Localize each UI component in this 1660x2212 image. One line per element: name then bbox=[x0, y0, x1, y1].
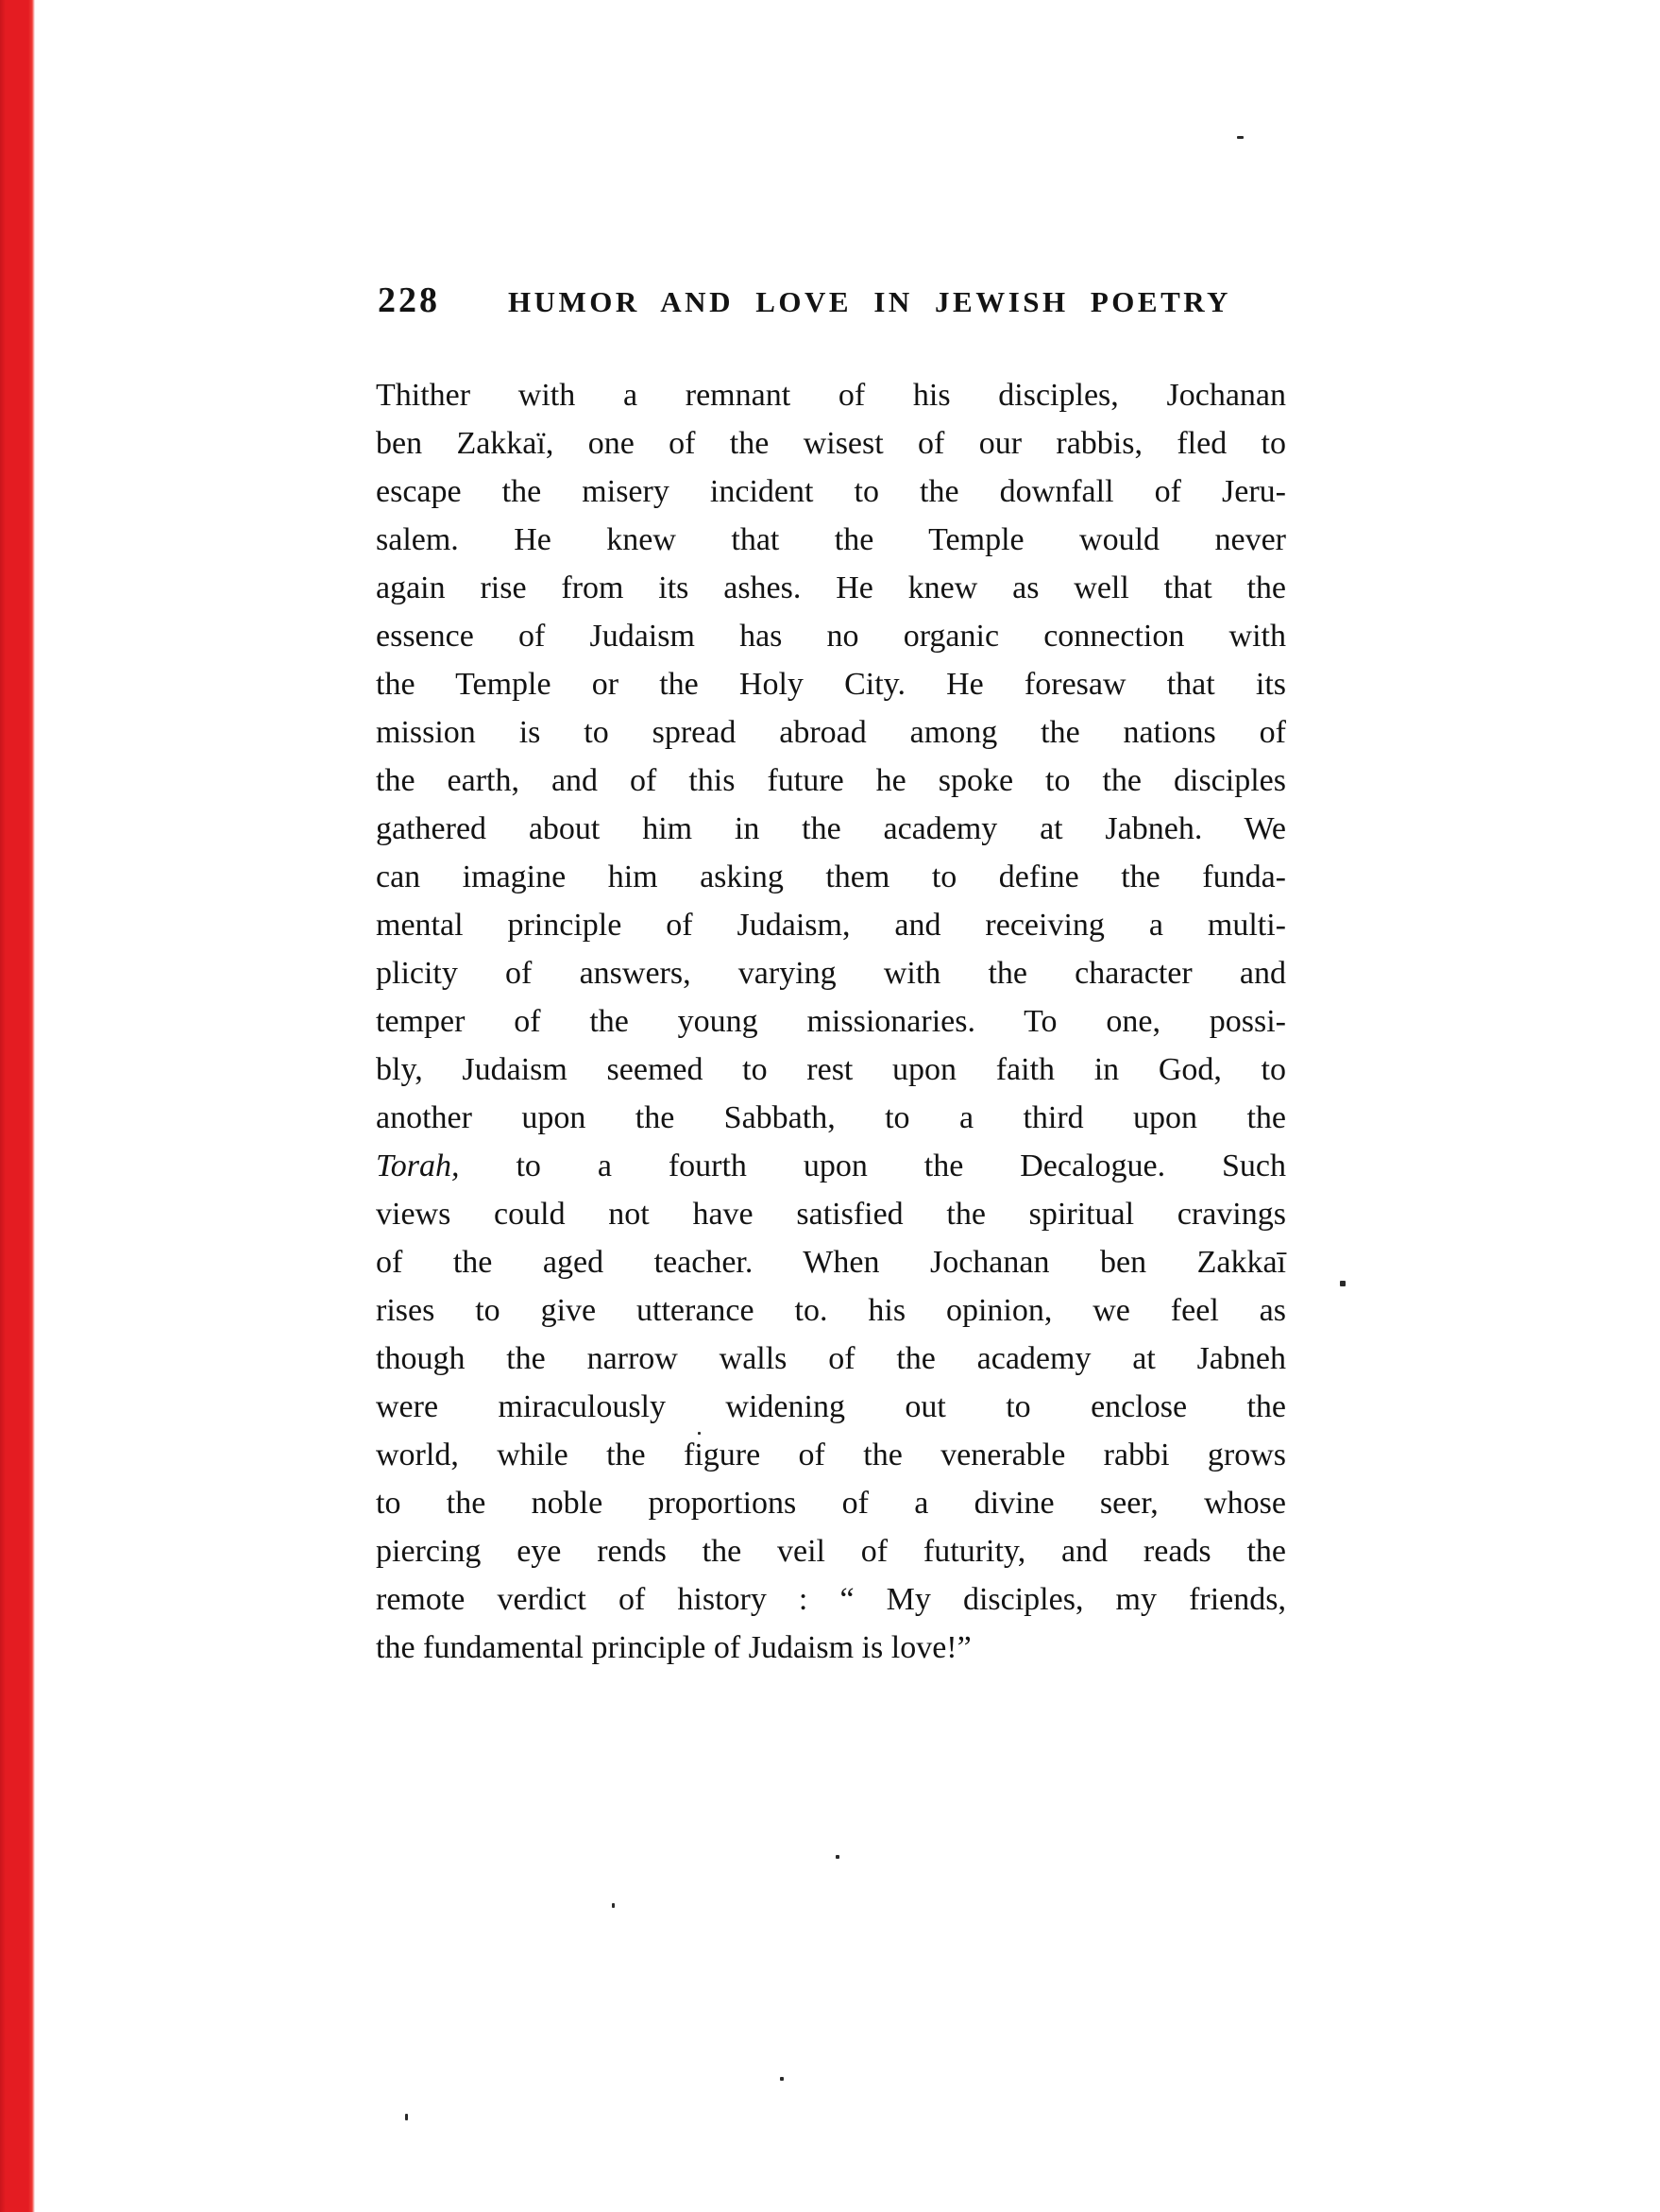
text-line: the Temple or the Holy City. He foresaw … bbox=[376, 660, 1286, 708]
text-line: Torah, to a fourth upon the Decalogue. S… bbox=[376, 1142, 1286, 1190]
text-line: bly, Judaism seemed to rest upon faith i… bbox=[376, 1046, 1286, 1094]
scan-speck bbox=[1237, 136, 1244, 139]
text-line: another upon the Sabbath, to a third upo… bbox=[376, 1094, 1286, 1142]
text-line: escape the misery incident to the downfa… bbox=[376, 468, 1286, 516]
scan-speck bbox=[405, 2114, 408, 2120]
text-line: of the aged teacher. When Jochanan ben Z… bbox=[376, 1238, 1286, 1286]
text-line: mission is to spread abroad among the na… bbox=[376, 708, 1286, 757]
text-line: views could not have satisfied the spiri… bbox=[376, 1190, 1286, 1238]
page-number: 228 bbox=[378, 280, 440, 321]
text-line: gathered about him in the academy at Jab… bbox=[376, 805, 1286, 853]
text-line: mental principle of Judaism, and receivi… bbox=[376, 901, 1286, 949]
scan-speck bbox=[836, 1855, 839, 1859]
scan-speck bbox=[698, 1432, 701, 1435]
text-line: temper of the young missionaries. To one… bbox=[376, 997, 1286, 1046]
page-edge-stain bbox=[0, 0, 35, 2212]
text-line: Thither with a remnant of his disciples,… bbox=[376, 371, 1286, 419]
text-line: ben Zakkaï, one of the wisest of our rab… bbox=[376, 419, 1286, 468]
text-line: again rise from its ashes. He knew as we… bbox=[376, 564, 1286, 612]
text-line: plicity of answers, varying with the cha… bbox=[376, 949, 1286, 997]
running-header: 228HUMOR AND LOVE IN JEWISH POETRY bbox=[378, 280, 1288, 321]
header-title: HUMOR AND LOVE IN JEWISH POETRY bbox=[508, 285, 1231, 319]
text-line: can imagine him asking them to define th… bbox=[376, 853, 1286, 901]
text-line: piercing eye rends the veil of futurity,… bbox=[376, 1527, 1286, 1575]
body-paragraph: Thither with a remnant of his disciples,… bbox=[376, 371, 1286, 1672]
scan-speck bbox=[780, 2077, 784, 2081]
text-line: to the noble proportions of a divine see… bbox=[376, 1479, 1286, 1527]
text-line: though the narrow walls of the academy a… bbox=[376, 1335, 1286, 1383]
text-line: the fundamental principle of Judaism is … bbox=[376, 1624, 1286, 1672]
text-line: rises to give utterance to. his opinion,… bbox=[376, 1286, 1286, 1335]
text-line: essence of Judaism has no organic connec… bbox=[376, 612, 1286, 660]
text-line: salem. He knew that the Temple would nev… bbox=[376, 516, 1286, 564]
scan-speck bbox=[1340, 1281, 1346, 1286]
text-line: were miraculously widening out to enclos… bbox=[376, 1383, 1286, 1431]
text-line: remote verdict of history : “ My discipl… bbox=[376, 1575, 1286, 1624]
book-page-scan: 228HUMOR AND LOVE IN JEWISH POETRY Thith… bbox=[0, 0, 1660, 2212]
scan-speck bbox=[612, 1903, 615, 1908]
text-line: the earth, and of this future he spoke t… bbox=[376, 757, 1286, 805]
text-line: world, while the figure of the venerable… bbox=[376, 1431, 1286, 1479]
